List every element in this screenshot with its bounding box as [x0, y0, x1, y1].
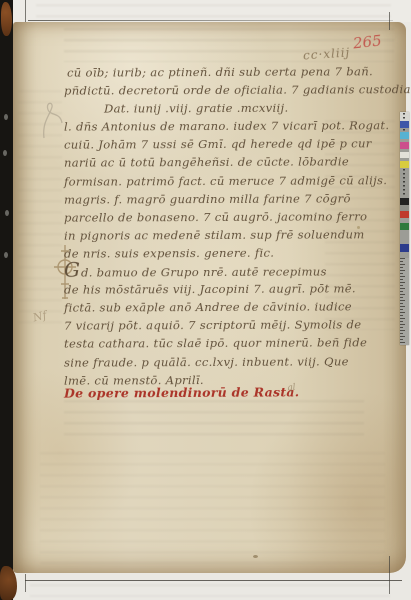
text-line: l. dñs Antonius de marano. iudex 7 vicar… [64, 117, 364, 136]
frame-line-top [28, 20, 393, 21]
text-line: nariū ac ū totū bangēheñsi. de cūcte. lō… [64, 153, 364, 172]
color-patch [400, 142, 409, 149]
color-patch [400, 223, 409, 230]
color-patch [400, 161, 409, 168]
text-line: in pignoris ac medenē stilam. sup frē so… [64, 225, 364, 244]
text-line: 7 vicarij pōt. aquiō. 7 scriptorū mēij. … [64, 316, 364, 335]
showthrough-ghost [36, 4, 391, 18]
color-patch [400, 230, 409, 244]
text-line: pñdictū. decretorū orde de oficialia. 7 … [64, 80, 364, 99]
text-line: cuiū. Johām 7 ussi sē Gmī. qd herede qd … [64, 135, 364, 154]
color-patch [400, 112, 409, 121]
manuscript-scan: 265 cc·xliij Nf cū oīb; iurib; ac ptineñ… [0, 0, 411, 600]
color-patch [400, 244, 409, 252]
text-line: formisan. patrimō fact. cū meruce 7 admi… [64, 171, 364, 190]
color-patch [400, 198, 409, 205]
spine-fleck [5, 210, 9, 216]
folio-number: 265 [352, 32, 382, 53]
color-patch [400, 211, 409, 218]
text-line: sine fraude. p quālā. cc.lxvj. inbuent. … [64, 352, 364, 371]
crop-tick-top-left [25, 0, 26, 22]
text-line: Dat. iunij .viij. gratie .mcxviij. [104, 99, 364, 118]
spine-edge [0, 0, 13, 600]
showthrough-ghost [40, 452, 385, 564]
initial-capital: G [64, 258, 80, 282]
frame-line-bottom [25, 580, 402, 581]
color-patch [400, 132, 409, 139]
text-line: fictā. sub exāple anō Andree de cāvinio.… [64, 298, 364, 317]
text-line: testa cathara. tūc slaē ipō. quor minerū… [64, 334, 364, 353]
showthrough-ghost [64, 400, 364, 442]
text-line: de his mōstāruēs viij. Jacopini 7. augrī… [64, 279, 364, 298]
color-patch [400, 168, 409, 198]
text-line: de nris. suis expensis. genere. fic. [64, 243, 364, 262]
text-line: cū oīb; iurib; ac ptineñ. dñi sub certa … [67, 62, 364, 81]
spine-fleck [4, 114, 8, 120]
rubric-line: De opere molendinorū de Rasta. [64, 384, 300, 400]
crop-tick-bottom-right [389, 556, 390, 594]
color-calibration-bar [400, 112, 409, 345]
text-line: parcello de bonaseno. 7 cū augrō. jacomi… [64, 207, 364, 226]
color-patch [400, 121, 409, 128]
text-line: magris. f. magrō guardino milla farine 7… [64, 189, 364, 208]
spine-fleck [3, 150, 7, 156]
spine-leather-top [1, 2, 12, 36]
ruler-section [400, 258, 409, 345]
spine-fleck [4, 252, 8, 258]
crop-tick-top-right [389, 12, 390, 30]
rubric-side-mark: ql [287, 383, 296, 394]
text-block: cū oīb; iurib; ac ptineñ. dñi sub certa … [64, 63, 364, 389]
showthrough-ghost [30, 584, 390, 597]
pencil-flourish-icon [40, 100, 66, 142]
text-line: Gd. bamuo de Grupo nrē. autē recepimus [64, 261, 364, 280]
crop-tick-bottom-left [25, 574, 26, 592]
